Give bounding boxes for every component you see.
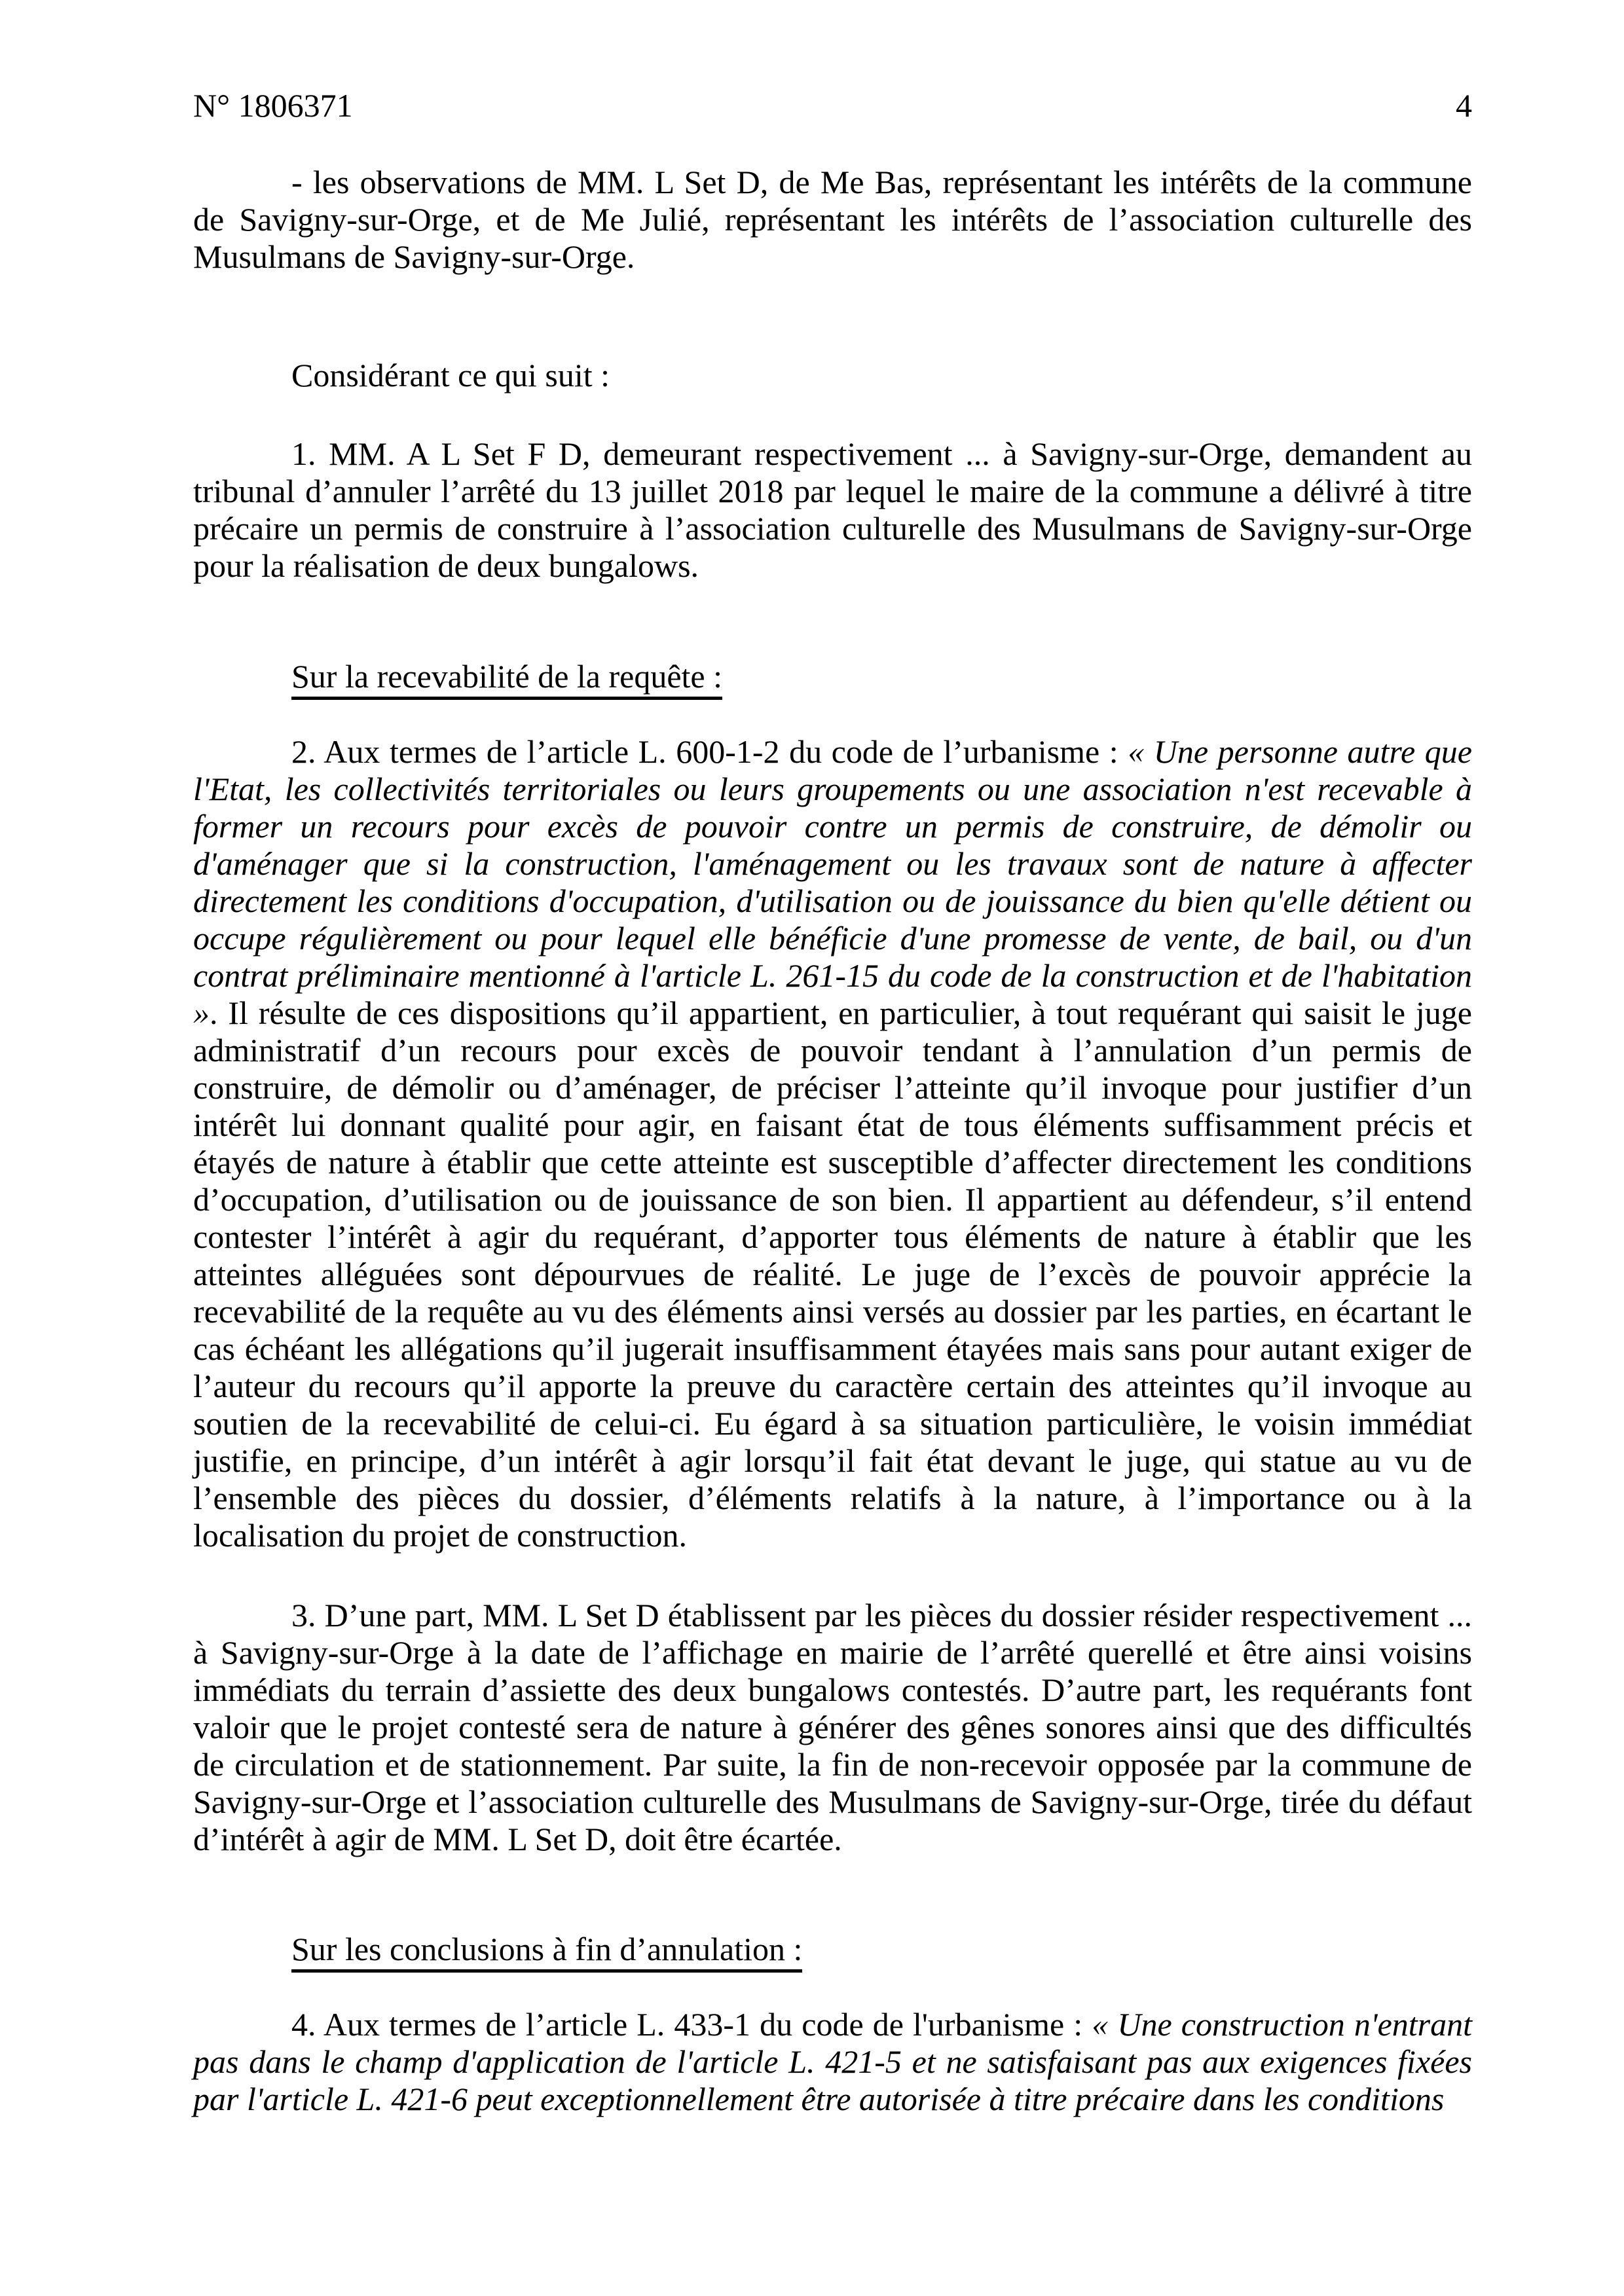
section-heading-annulation-text: Sur les conclusions à fin d’annulation : [291,1931,802,1973]
paragraph-4-intro: 4. Aux termes de l’article L. 433-1 du c… [291,2006,1092,2043]
page-number: 4 [1456,87,1472,124]
paragraph-2-intro: 2. Aux termes de l’article L. 600-1-2 du… [291,733,1128,770]
section-heading-recevabilite-text: Sur la recevabilité de la requête : [291,658,722,700]
section-heading-annulation: Sur les conclusions à fin d’annulation : [193,1931,1472,1968]
paragraph-4: 4. Aux termes de l’article L. 433-1 du c… [193,2006,1472,2118]
paragraph-2: 2. Aux termes de l’article L. 600-1-2 du… [193,733,1472,1554]
document-content: N° 1806371 4 - les observations de MM. L… [193,0,1472,2118]
paragraph-3: 3. D’une part, MM. L Set D établissent p… [193,1597,1472,1858]
page-header: N° 1806371 4 [193,87,1472,124]
case-number: N° 1806371 [193,87,353,124]
section-heading-recevabilite: Sur la recevabilité de la requête : [193,658,1472,695]
document-page: N° 1806371 4 - les observations de MM. L… [0,0,1624,2296]
paragraph-observations: - les observations de MM. L Set D, de Me… [193,164,1472,276]
paragraph-2-rest: . Il résulte de ces dispositions qu’il a… [193,994,1472,1554]
paragraph-2-quote: « Une personne autre que l'Etat, les col… [193,733,1472,1031]
paragraph-1: 1. MM. A L Set F D, demeurant respective… [193,435,1472,585]
considerant-line: Considérant ce qui suit : [193,357,1472,394]
